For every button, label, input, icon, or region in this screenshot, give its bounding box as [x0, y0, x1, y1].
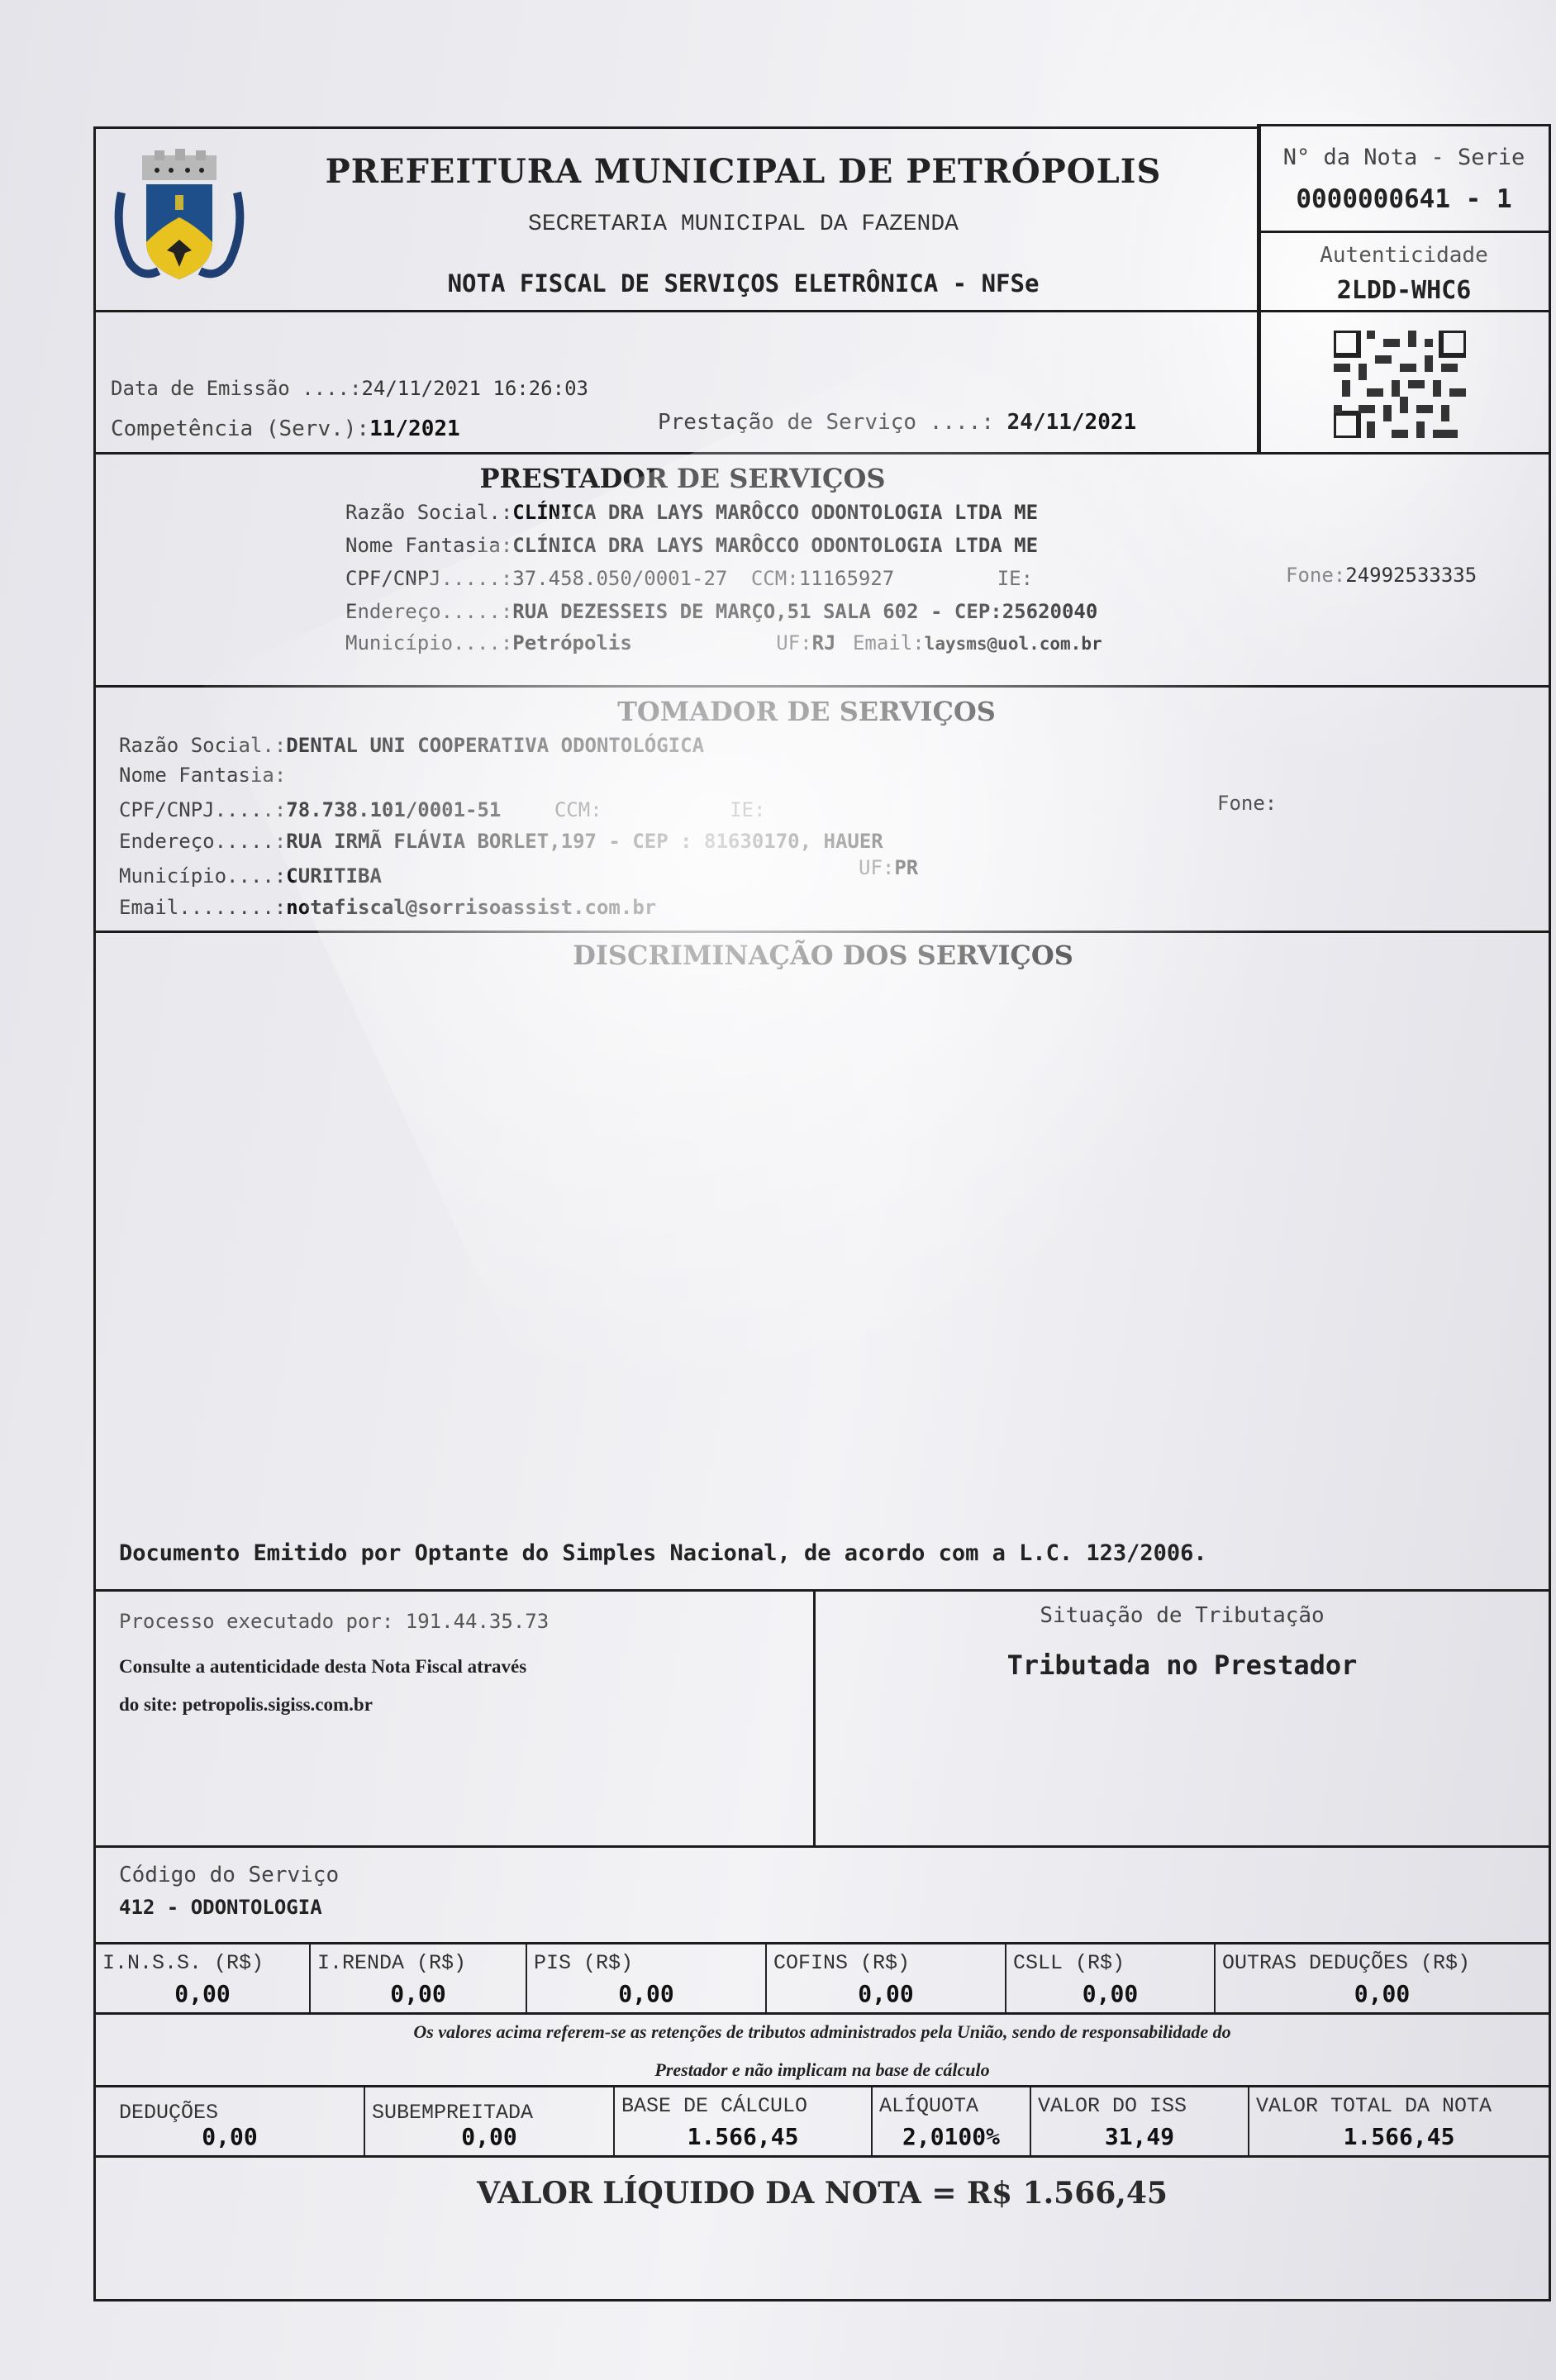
- document-type: NOTA FISCAL DE SERVIÇOS ELETRÔNICA - NFS…: [228, 269, 1259, 297]
- tomador-endereco: Endereço.....:RUA IRMÃ FLÁVIA BORLET,197…: [119, 830, 883, 853]
- codigo-servico-box: Código do Serviço 412 - ODONTOLOGIA: [93, 1845, 1551, 1944]
- retencoes-note-line2: Prestador e não implicam na base de cálc…: [96, 2059, 1549, 2081]
- tomador-title: TOMADOR DE SERVIÇOS: [96, 696, 1517, 727]
- nfse-document: PREFEITURA MUNICIPAL DE PETRÓPOLIS SECRE…: [93, 126, 1546, 2301]
- retencoes-note-box: Os valores acima referem-se as retenções…: [93, 2012, 1551, 2087]
- calc-subempreitada: SUBEMPREITADA0,00: [365, 2087, 615, 2155]
- dates-box: Data de Emissão ....:24/11/2021 16:26:03…: [93, 310, 1261, 455]
- prestador-title: PRESTADOR DE SERVIÇOS: [96, 463, 1269, 494]
- retencao-inss: I.N.S.S. (R$)0,00: [96, 1944, 311, 2012]
- retencao-outras: OUTRAS DEDUÇÕES (R$)0,00: [1216, 1944, 1549, 2012]
- calc-valor-total: VALOR TOTAL DA NOTA1.566,45: [1249, 2087, 1549, 2155]
- retencao-pis: PIS (R$)0,00: [527, 1944, 767, 2012]
- nota-number-value: 0000000641 - 1: [1259, 184, 1549, 214]
- prestador-razao: Razão Social.:CLÍNICA DRA LAYS MARÔCCO O…: [345, 501, 1038, 524]
- tomador-fone: Fone:: [1217, 792, 1277, 815]
- consulte-site-line: do site: petropolis.sigiss.com.br: [119, 1694, 373, 1716]
- tomador-cnpj: CPF/CNPJ.....:78.738.101/0001-51 CCM: IE…: [119, 798, 765, 821]
- consulte-text: Consulte a autenticidade desta Nota Fisc…: [119, 1656, 526, 1678]
- qr-code-icon: [1334, 331, 1466, 438]
- prestador-municipio: Município....:Petrópolis UF:RJ Email:lay…: [345, 631, 1102, 654]
- calc-valor-iss: VALOR DO ISS31,49: [1031, 2087, 1249, 2155]
- calc-base-calculo: BASE DE CÁLCULO1.566,45: [615, 2087, 873, 2155]
- nota-number-box: N° da Nota - Serie 0000000641 - 1: [1257, 124, 1551, 233]
- auth-label: Autenticidade: [1259, 243, 1549, 268]
- retencao-irenda: I.RENDA (R$)0,00: [311, 1944, 527, 2012]
- auth-code: 2LDD-WHC6: [1259, 276, 1549, 305]
- competencia: Competência (Serv.):11/2021: [111, 416, 460, 441]
- header-subtitle: SECRETARIA MUNICIPAL DA FAZENDA: [228, 212, 1259, 237]
- processo-executado: Processo executado por: 191.44.35.73: [119, 1610, 549, 1633]
- discriminacao-title: DISCRIMINAÇÃO DOS SERVIÇOS: [96, 940, 1550, 971]
- tomador-uf: UF:PR: [859, 856, 918, 879]
- codigo-servico-label: Código do Serviço: [119, 1863, 339, 1887]
- processo-box: Processo executado por: 191.44.35.73 Con…: [93, 1589, 816, 1848]
- emission-date: Data de Emissão ....:24/11/2021 16:26:03: [111, 377, 588, 400]
- nota-number-label: N° da Nota - Serie: [1259, 145, 1549, 170]
- calculo-table: DEDUÇÕES0,00 SUBEMPREITADA0,00 BASE DE C…: [93, 2085, 1551, 2158]
- header-title: PREFEITURA MUNICIPAL DE PETRÓPOLIS: [228, 152, 1259, 191]
- calc-aliquota: ALÍQUOTA2,0100%: [873, 2087, 1031, 2155]
- retencoes-note-line1: Os valores acima referem-se as retenções…: [96, 2021, 1549, 2043]
- header-box: PREFEITURA MUNICIPAL DE PETRÓPOLIS SECRE…: [93, 126, 1261, 312]
- codigo-servico-value: 412 - ODONTOLOGIA: [119, 1896, 322, 1919]
- valor-liquido-box: VALOR LÍQUIDO DA NOTA = R$ 1.566,45: [93, 2155, 1551, 2301]
- retencao-cofins: COFINS (R$)0,00: [767, 1944, 1006, 2012]
- tomador-razao: Razão Social.:DENTAL UNI COOPERATIVA ODO…: [119, 734, 704, 757]
- tomador-fantasia: Nome Fantasia:: [119, 764, 286, 782]
- tomador-section: TOMADOR DE SERVIÇOS Razão Social.:DENTAL…: [93, 685, 1551, 933]
- prestador-section: PRESTADOR DE SERVIÇOS Razão Social.:CLÍN…: [93, 452, 1551, 688]
- consulte-site-link[interactable]: petropolis.sigiss.com.br: [183, 1694, 373, 1715]
- simples-nacional-note: Documento Emitido por Optante do Simples…: [119, 1540, 1207, 1566]
- qr-box: [1257, 310, 1551, 455]
- prestador-fone: Fone:24992533335: [1286, 564, 1477, 587]
- retencao-csll: CSLL (R$)0,00: [1006, 1944, 1216, 2012]
- valor-liquido: VALOR LÍQUIDO DA NOTA = R$ 1.566,45: [96, 2176, 1549, 2211]
- situacao-box: Situação de Tributação Tributada no Pres…: [813, 1589, 1551, 1848]
- tomador-email: Email........:notafiscal@sorrisoassist.c…: [119, 896, 656, 919]
- discriminacao-section: DISCRIMINAÇÃO DOS SERVIÇOS Documento Emi…: [93, 931, 1551, 1592]
- situacao-value: Tributada no Prestador: [816, 1649, 1549, 1681]
- prestador-endereco: Endereço.....:RUA DEZESSEIS DE MARÇO,51 …: [345, 600, 1097, 623]
- prestador-fantasia: Nome Fantasia:CLÍNICA DRA LAYS MARÔCCO O…: [345, 534, 1038, 557]
- situacao-label: Situação de Tributação: [816, 1603, 1549, 1628]
- prestador-cnpj: CPF/CNPJ.....:37.458.050/0001-27 CCM:111…: [345, 567, 1033, 590]
- prestacao-date: Prestação de Serviço ....: 24/11/2021: [658, 410, 1136, 435]
- tomador-municipio: Município....:CURITIBA: [119, 864, 382, 888]
- calc-deducoes: DEDUÇÕES0,00: [96, 2087, 365, 2155]
- auth-box: Autenticidade 2LDD-WHC6: [1257, 231, 1551, 312]
- retencoes-table: I.N.S.S. (R$)0,00 I.RENDA (R$)0,00 PIS (…: [93, 1942, 1551, 2015]
